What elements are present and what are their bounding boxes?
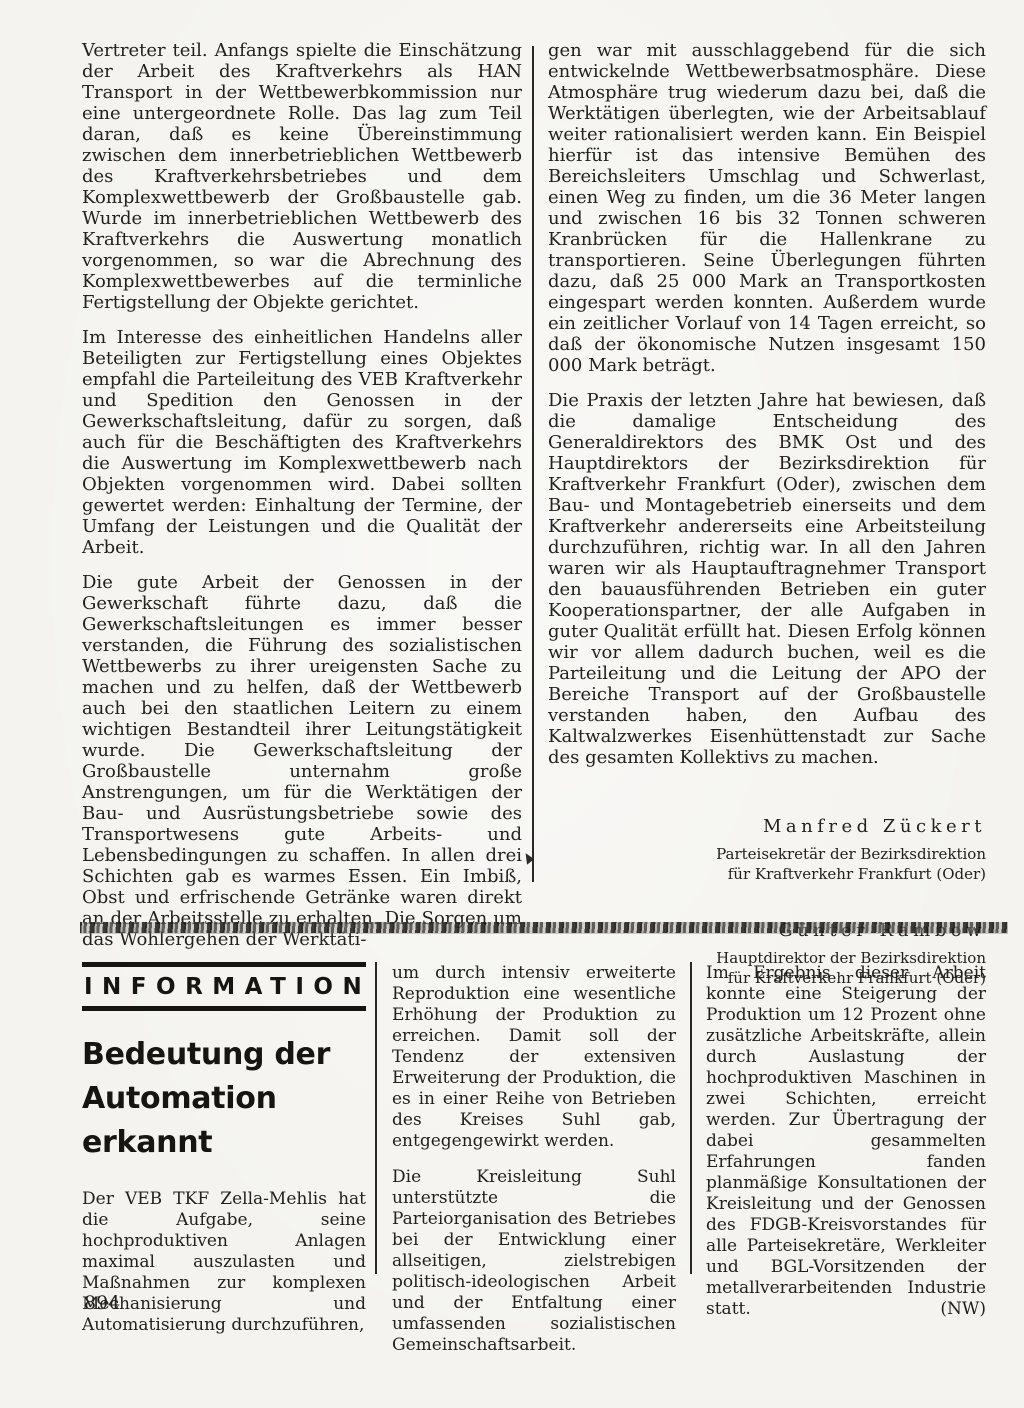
paragraph: Die Kreisleitung Suhl unterstützte die P… bbox=[392, 1167, 676, 1356]
headline-line: erkannt bbox=[82, 1121, 366, 1165]
paragraph: um durch intensiv erweiterte Reproduktio… bbox=[392, 963, 676, 1152]
information-column-2: um durch intensiv erweiterte Reproduktio… bbox=[392, 963, 676, 1371]
headline-line: Automation bbox=[82, 1077, 366, 1121]
signature-block: Manfred Zückert Parteisekretär der Bezir… bbox=[548, 816, 986, 884]
article-column-right: gen war mit ausschlaggebend für die sich… bbox=[548, 40, 986, 988]
article-column-left: Vertreter teil. Anfangs spielte die Eins… bbox=[82, 40, 522, 964]
information-body: Der VEB TKF Zella-Mehlis hat die Aufgabe… bbox=[82, 1189, 366, 1336]
column-divider-rule bbox=[690, 962, 692, 1274]
information-kicker-box: INFORMATION bbox=[82, 962, 366, 1011]
column-divider-rule bbox=[375, 962, 377, 1274]
information-column-3: Im Ergebnis dieser Arbeit konnte eine St… bbox=[706, 963, 986, 1335]
paragraph: Der VEB TKF Zella-Mehlis hat die Aufgabe… bbox=[82, 1189, 366, 1336]
signature-title: für Kraftverkehr Frankfurt (Oder) bbox=[548, 864, 986, 884]
signature-title: Parteisekretär der Bezirksdirektion bbox=[548, 844, 986, 864]
paragraph: Im Interesse des einheitlichen Handelns … bbox=[82, 327, 522, 558]
paragraph: Im Ergebnis dieser Arbeit konnte eine St… bbox=[706, 963, 986, 1320]
section-divider-band bbox=[80, 922, 1008, 933]
headline-line: Bedeutung der bbox=[82, 1033, 366, 1077]
information-column-1: INFORMATION Bedeutung der Automation erk… bbox=[82, 962, 366, 1351]
page-number: 894 bbox=[84, 1292, 120, 1314]
paragraph: gen war mit ausschlaggebend für die sich… bbox=[548, 40, 986, 376]
signature-name: Manfred Zückert bbox=[548, 816, 986, 837]
paragraph: Die gute Arbeit der Genossen in der Gewe… bbox=[82, 572, 522, 950]
document-page: Vertreter teil. Anfangs spielte die Eins… bbox=[0, 0, 1024, 1408]
paragraph: Die Praxis der letzten Jahre hat bewiese… bbox=[548, 390, 986, 768]
information-kicker-label: INFORMATION bbox=[84, 974, 364, 1000]
paragraph: Vertreter teil. Anfangs spielte die Eins… bbox=[82, 40, 522, 313]
column-divider-rule bbox=[532, 46, 534, 882]
agency-credit: (NW) bbox=[940, 1299, 986, 1320]
information-headline: Bedeutung der Automation erkannt bbox=[82, 1033, 366, 1165]
information-body: Im Ergebnis dieser Arbeit konnte eine St… bbox=[706, 963, 986, 1320]
